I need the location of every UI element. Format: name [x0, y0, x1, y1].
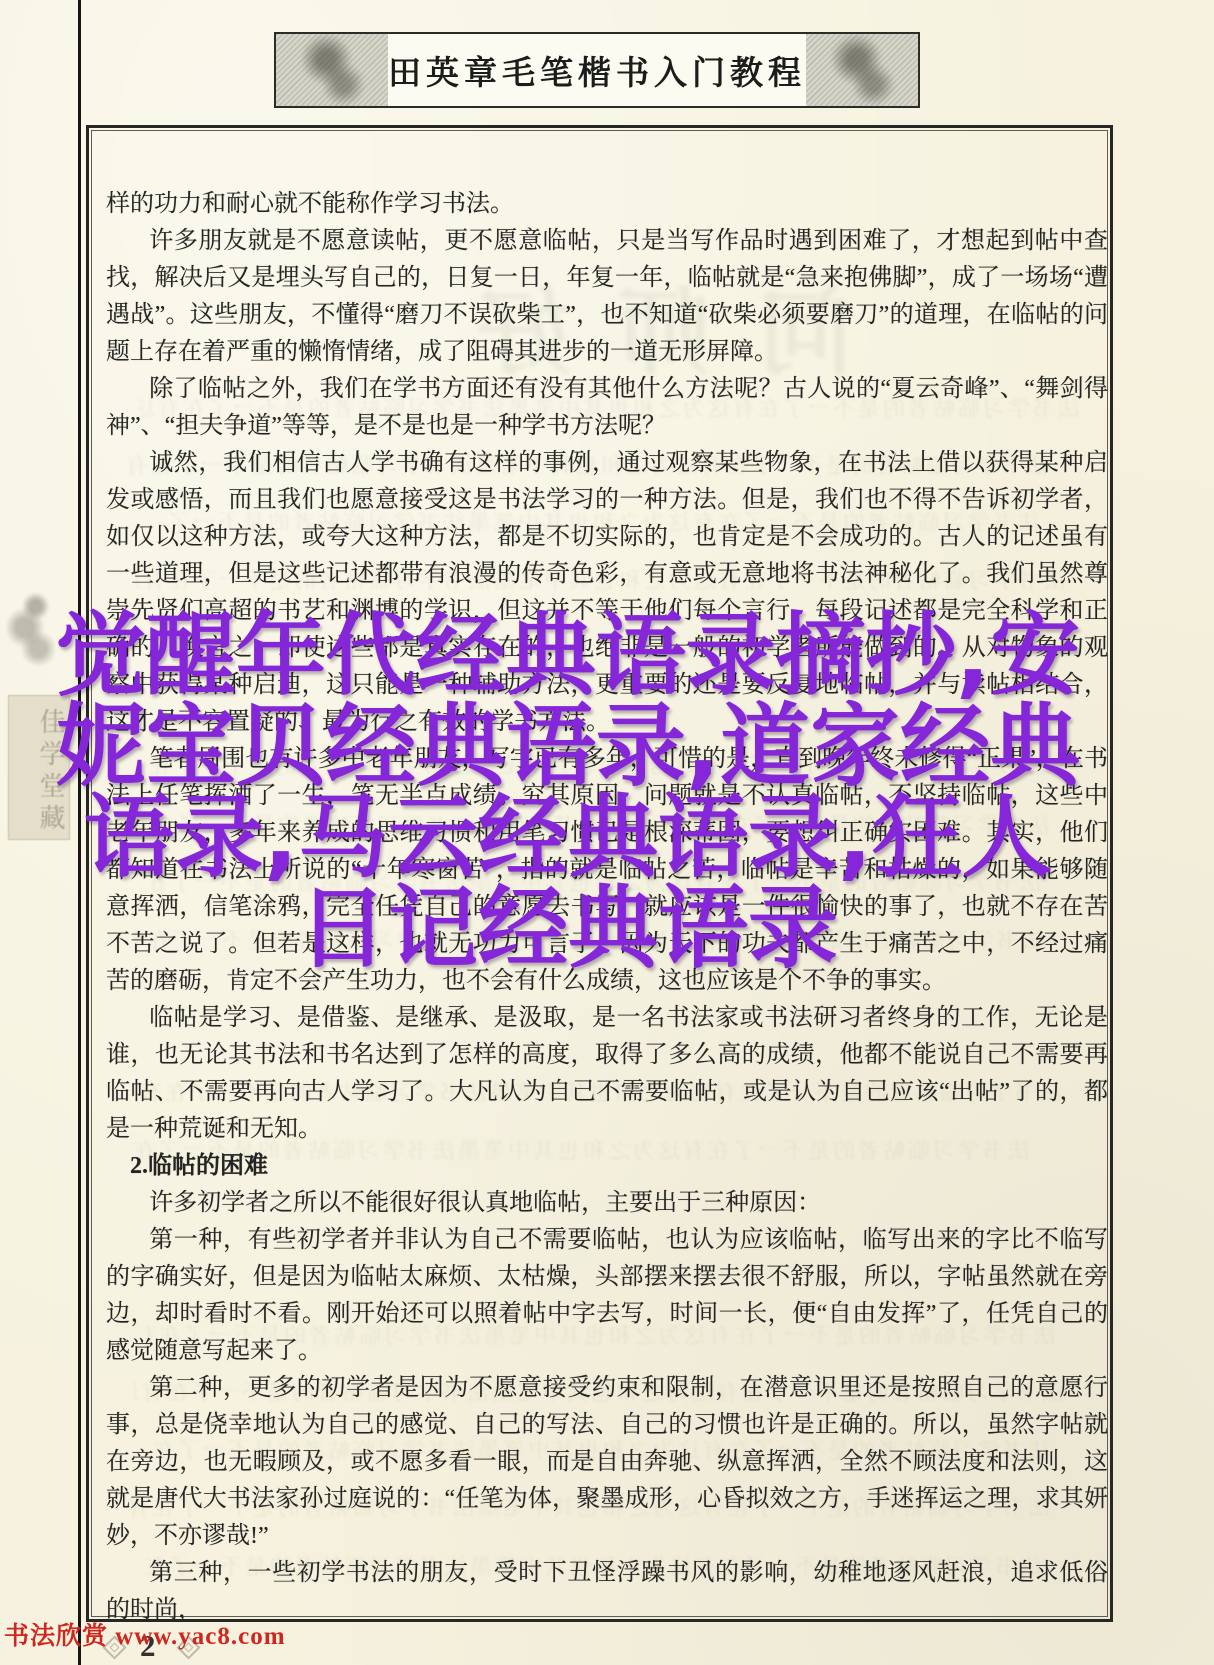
paragraph: 许多初学者之所以不能很好很认真地临帖，主要出于三种原因： — [106, 1185, 1108, 1222]
margin-illustration — [6, 585, 60, 670]
paragraph: 第二种，更多的初学者是因为不愿意接受约束和限制，在潜意识里还是按照自己的意愿行事… — [106, 1370, 1108, 1555]
header-ornament-left — [276, 34, 388, 106]
paragraph: 诚然，我们相信古人学书确有这样的事例，通过观察某些物象，在书法上借以获得某种启发… — [106, 445, 1108, 741]
margin-seal-stamp: 佳学堂藏 — [8, 695, 70, 840]
header-ornament-right — [806, 34, 918, 106]
paragraph: 第一种，有些初学者并非认为自己不需要临帖，也认为应该临帖，临写出来的字比不临写的… — [106, 1222, 1108, 1370]
site-watermark: 书法欣赏 www.yac8.com — [4, 1616, 286, 1652]
section-heading: 2.临帖的困难 — [106, 1148, 1108, 1185]
body-text: 样的功力和耐心就不能称作学习书法。 许多朋友就是不愿意读帖，更不愿意临帖，只是当… — [106, 186, 1108, 1629]
scanned-book-page: 问师好 佳学堂藏 法书学习临帖者的是不一了在有这为之和也其中笔墨法书学习临帖者的… — [0, 0, 1214, 1665]
paragraph: 样的功力和耐心就不能称作学习书法。 — [106, 186, 1108, 223]
paragraph: 许多朋友就是不愿意读帖，更不愿意临帖，只是当写作品时遇到困难了，才想起到帖中查找… — [106, 223, 1108, 371]
chapter-header: 田英章毛笔楷书入门教程 — [274, 32, 920, 108]
paragraph: 临帖是学习、是借鉴、是继承、是汲取，是一名书法家或书法研习者终身的工作，无论是谁… — [106, 1000, 1108, 1148]
paragraph: 除了临帖之外，我们在学书方面还有没有其他什么方法呢？古人说的“夏云奇峰”、“舞剑… — [106, 371, 1108, 445]
book-title: 田英章毛笔楷书入门教程 — [388, 34, 806, 106]
page-spine-line — [78, 0, 81, 1665]
paragraph: 笔者周围也有许多中老年朋友，写字已有多年，可惜的是，直到晚年终未修得“正果”，在… — [106, 741, 1108, 1000]
